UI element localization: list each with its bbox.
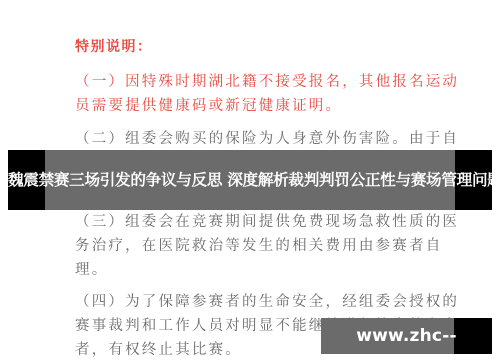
paragraph-4-line-1: （四）为了保障参赛者的生命安全，经组委会授权的 — [75, 290, 459, 311]
paragraph-3-line-3: 理。 — [75, 258, 108, 279]
watermark-text: www.zhc--pg.com — [321, 318, 492, 354]
title-banner: 魏震禁赛三场引发的争议与反思 深度解析裁判判罚公正性与赛场管理问题 — [8, 150, 492, 210]
paragraph-2-line-1: （二）组委会购买的保险为人身意外伤害险。由于自 — [75, 127, 459, 148]
watermark: www.zhc--pg.com — [321, 318, 492, 354]
paragraph-1-line-2: 员需要提供健康码或新冠健康证明。 — [75, 94, 342, 115]
banner-title: 魏震禁赛三场引发的争议与反思 深度解析裁判判罚公正性与赛场管理问题 — [8, 150, 492, 210]
paragraph-3-line-1: （三）组委会在竞赛期间提供免费现场急救性质的医 — [75, 210, 459, 231]
notice-heading: 特别说明： — [75, 36, 153, 56]
paragraph-4-line-3: 者，有权终止其比赛。 — [75, 338, 242, 359]
paragraph-3-line-2: 务治疗，在医院救治等发生的相关费用由参赛者自 — [75, 234, 442, 255]
paragraph-1-line-1: （一）因特殊时期湖北籍不接受报名，其他报名运动 — [75, 70, 459, 91]
